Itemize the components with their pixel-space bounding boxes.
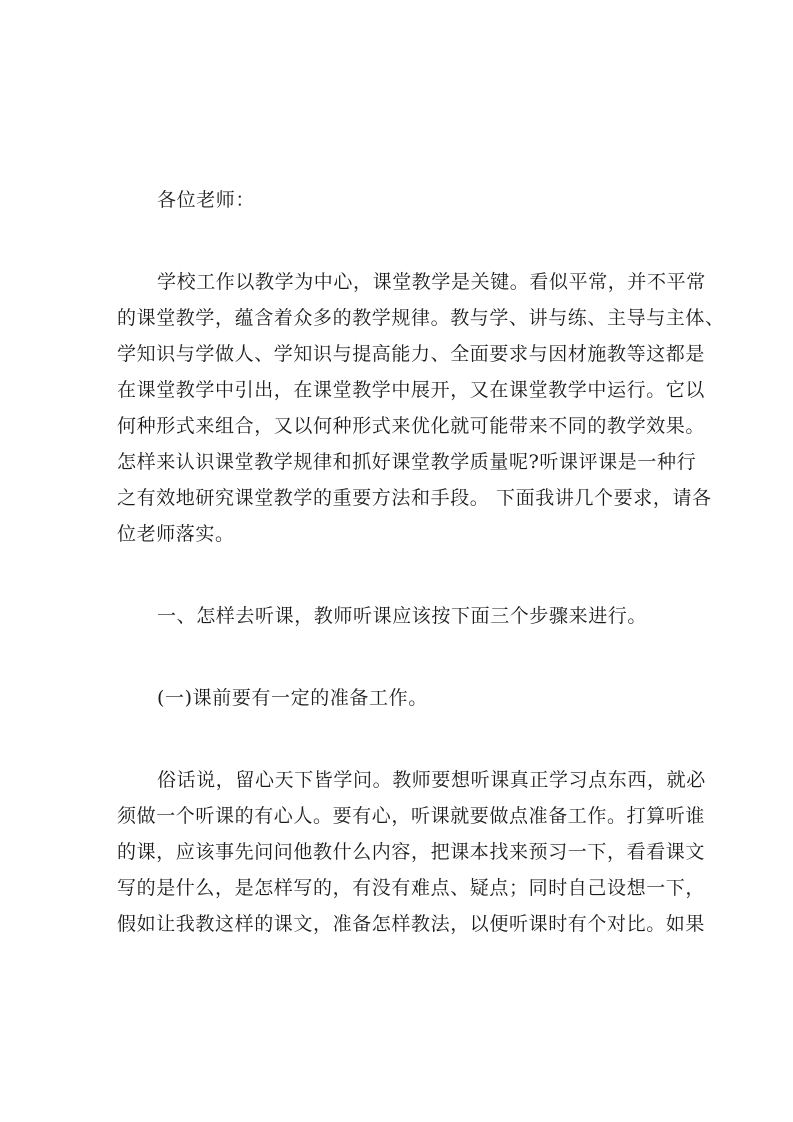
subsection-heading: (一)课前要有一定的准备工作。 xyxy=(117,680,679,716)
paragraph-line: 学知识与学做人、学知识与提高能力、全面要求与因材施教等这都是 xyxy=(117,336,679,372)
paragraph-line: 的课，应该事先问问他教什么内容，把课本找来预习一下，看看课文 xyxy=(117,834,679,870)
paragraph-line: 怎样来认识课堂教学规律和抓好课堂教学质量呢?听课评课是一种行 xyxy=(117,444,679,480)
paragraph-line: 之有效地研究课堂教学的重要方法和手段。 下面我讲几个要求，请各 xyxy=(117,480,679,516)
body-paragraph: 俗话说，留心天下皆学问。教师要想听课真正学习点东西，就必 须做一个听课的有心人。… xyxy=(117,762,679,942)
section-heading-text: 一、怎样去听课，教师听课应该按下面三个步骤来进行。 xyxy=(117,598,679,634)
paragraph-line: 俗话说，留心天下皆学问。教师要想听课真正学习点东西，就必 xyxy=(117,762,679,798)
document-page: 各位老师： 学校工作以教学为中心，课堂教学是关键。看似平常，并不平常 的课堂教学… xyxy=(117,182,679,942)
subsection-heading-text: (一)课前要有一定的准备工作。 xyxy=(117,680,679,716)
paragraph-line: 假如让我教这样的课文，准备怎样教法，以便听课时有个对比。如果 xyxy=(117,906,679,942)
section-heading: 一、怎样去听课，教师听课应该按下面三个步骤来进行。 xyxy=(117,598,679,634)
salutation: 各位老师： xyxy=(117,182,679,218)
paragraph-line: 位老师落实。 xyxy=(117,516,679,552)
paragraph-line: 在课堂教学中引出，在课堂教学中展开，又在课堂教学中运行。它以 xyxy=(117,372,679,408)
paragraph-line: 的课堂教学，蕴含着众多的教学规律。教与学、讲与练、主导与主体、 xyxy=(117,300,679,336)
salutation-text: 各位老师： xyxy=(117,182,679,218)
paragraph-line: 何种形式来组合，又以何种形式来优化就可能带来不同的教学效果。 xyxy=(117,408,679,444)
paragraph-line: 须做一个听课的有心人。要有心，听课就要做点准备工作。打算听谁 xyxy=(117,798,679,834)
paragraph-line: 写的是什么，是怎样写的，有没有难点、疑点；同时自己设想一下， xyxy=(117,870,679,906)
intro-paragraph: 学校工作以教学为中心，课堂教学是关键。看似平常，并不平常 的课堂教学，蕴含着众多… xyxy=(117,264,679,552)
paragraph-line: 学校工作以教学为中心，课堂教学是关键。看似平常，并不平常 xyxy=(117,264,679,300)
